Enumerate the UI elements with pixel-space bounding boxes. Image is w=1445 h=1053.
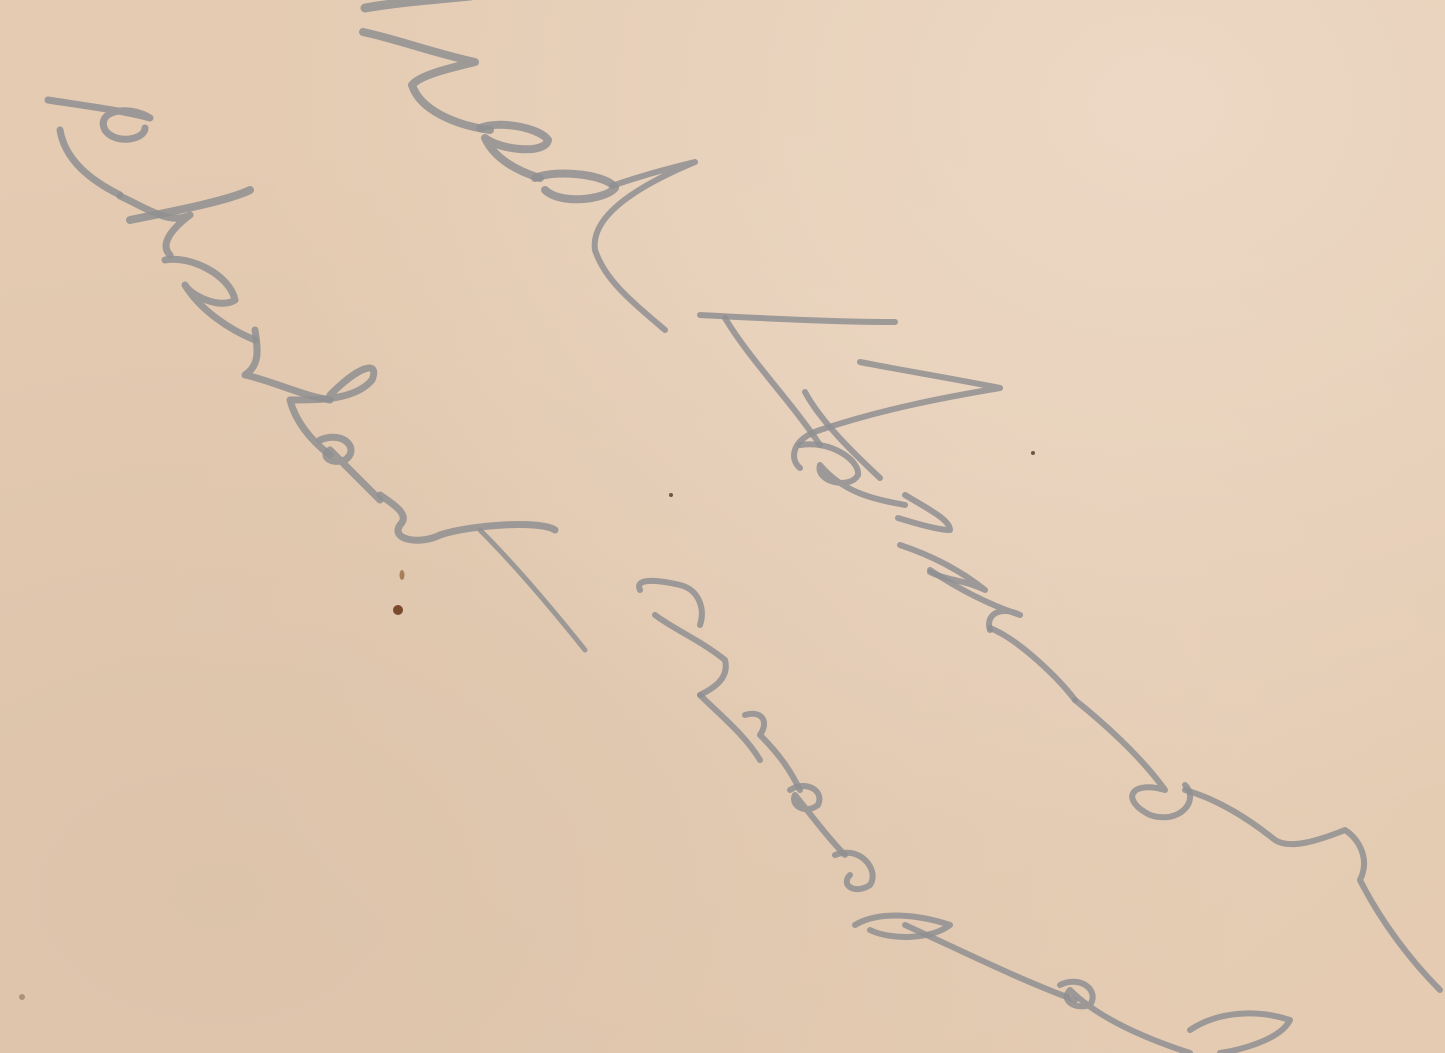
handwriting-line-1	[363, 0, 695, 330]
stain-speck	[19, 994, 25, 1000]
stain-speck	[1031, 451, 1035, 455]
handwriting-line-1-karmon	[700, 315, 1440, 990]
handwriting-layer	[0, 0, 1445, 1053]
stain-dot-large	[393, 605, 403, 615]
handwriting-line-2-mcgal	[639, 581, 1290, 1053]
stain-dot-small	[400, 570, 405, 580]
handwriting-line-2-charley	[48, 100, 585, 650]
stain-speck	[669, 493, 673, 497]
